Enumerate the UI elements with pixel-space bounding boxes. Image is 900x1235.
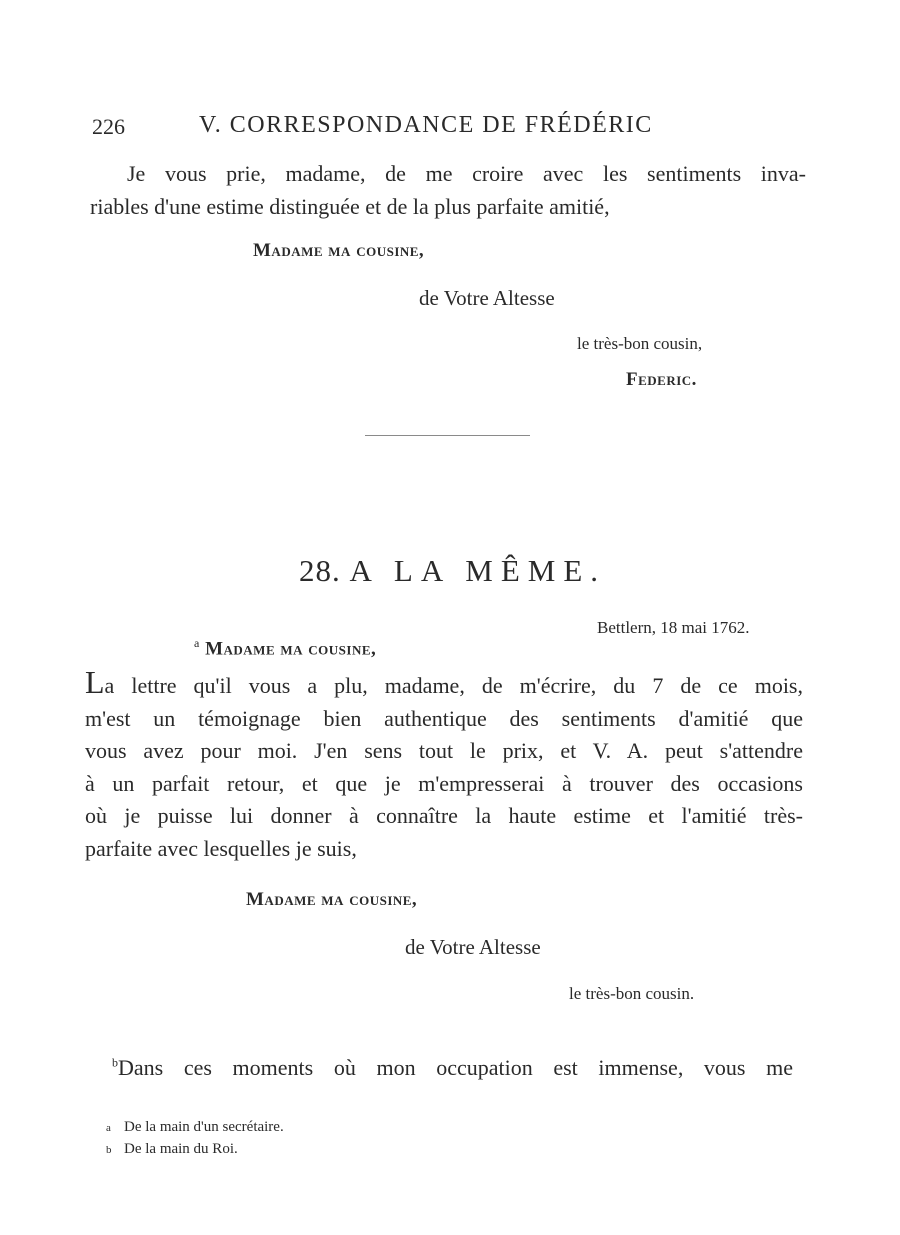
letter-title: A LA MÊME. <box>350 553 607 588</box>
text-line: Je vous prie, madame, de me croire avec … <box>90 158 806 191</box>
postscript: bDans ces moments où mon occupation est … <box>112 1055 800 1081</box>
page-number: 226 <box>92 114 125 140</box>
salutation-text: Madame ma cousine, <box>205 638 376 659</box>
text-line: à un parfait retour, et que je m'empress… <box>85 768 803 801</box>
drop-cap: L <box>85 664 105 700</box>
place-date: Bettlern, 18 mai 1762. <box>597 618 750 638</box>
footnote-text: De la main d'un secrétaire. <box>124 1119 284 1135</box>
salutation: a Madame ma cousine, <box>194 636 376 660</box>
section-divider <box>365 435 530 436</box>
votre-altesse: de Votre Altesse <box>405 935 541 960</box>
text-line: où je puisse lui donner à connaître la h… <box>85 800 803 833</box>
closing-salutation: Madame ma cousine, <box>246 889 417 911</box>
cousin-line: le très-bon cousin. <box>569 984 694 1004</box>
letter-number: 28. <box>299 553 341 588</box>
votre-altesse: de Votre Altesse <box>419 286 555 311</box>
text-line: parfaite avec lesquelles je suis, <box>85 833 803 866</box>
footnote: aDe la main d'un secrétaire. <box>106 1119 284 1136</box>
closing-paragraph: Je vous prie, madame, de me croire avec … <box>90 158 806 223</box>
letter-body: La lettre qu'il vous a plu, madame, de m… <box>85 666 803 865</box>
footnote-mark: a <box>194 636 200 650</box>
salutation: Madame ma cousine, <box>253 240 424 262</box>
signature: Federic. <box>626 369 697 391</box>
cousin-line: le très-bon cousin, <box>577 334 702 354</box>
running-title: V. CORRESPONDANCE DE FRÉDÉRIC <box>199 112 653 139</box>
text-line: La lettre qu'il vous a plu, madame, de m… <box>85 666 803 703</box>
footnote-text: De la main du Roi. <box>124 1141 238 1157</box>
postscript-text: Dans ces moments où mon occupation est i… <box>118 1055 793 1081</box>
text-line: m'est un témoignage bien authentique des… <box>85 703 803 736</box>
footnote-mark: b <box>106 1144 124 1156</box>
footnote-mark: a <box>106 1122 124 1134</box>
text-line: vous avez pour moi. J'en sens tout le pr… <box>85 735 803 768</box>
letter-heading: 28. A LA MÊME. <box>299 553 606 589</box>
text-line: riables d'une estime distinguée et de la… <box>90 191 806 224</box>
footnote: bDe la main du Roi. <box>106 1141 238 1158</box>
